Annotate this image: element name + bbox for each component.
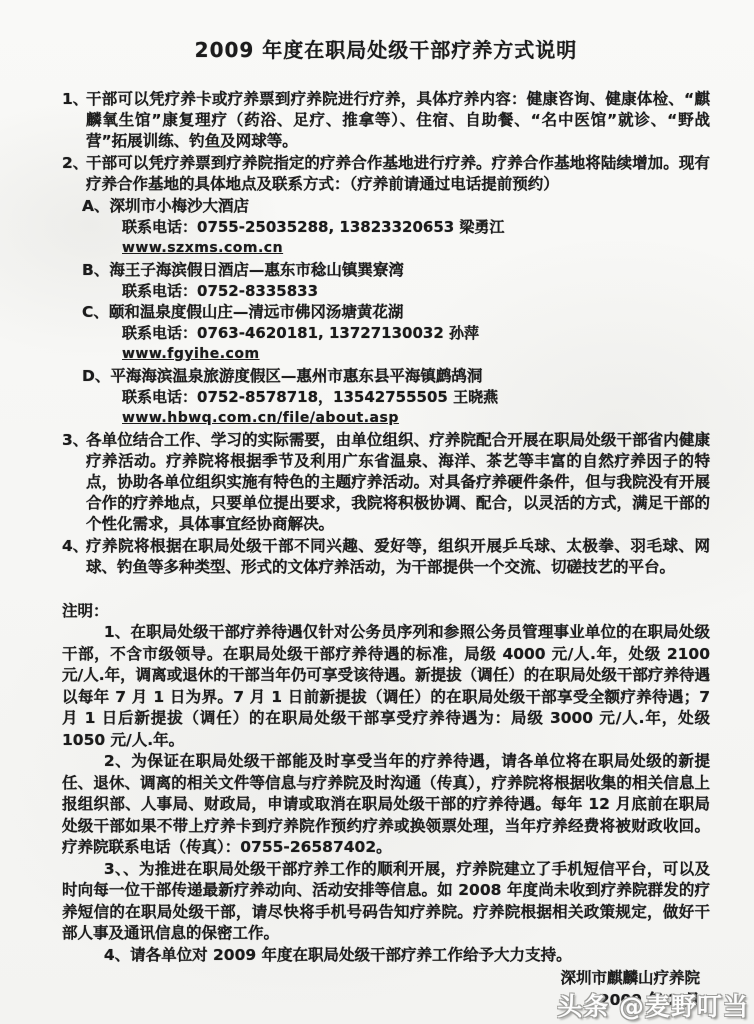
notes-heading: 注明： <box>62 600 710 622</box>
numbered-item-3: 3、 各单位结合工作、学习的实际需要，由单位组织、疗养院配合开展在职局处级干部省… <box>62 430 710 535</box>
numbered-item-1: 1、 干部可以凭疗养卡或疗养票到疗养院进行疗养，具体疗养内容：健康咨询、健康体检… <box>62 89 710 152</box>
cooperation-base-list: A、深圳市小梅沙大酒店 联系电话：0755-25035288, 13823320… <box>82 196 710 428</box>
item-text: 各单位结合工作、学习的实际需要，由单位组织、疗养院配合开展在职局处级干部省内健康… <box>86 431 710 533</box>
base-entry-d: D、平海海滨温泉旅游度假区—惠州市惠东县平海镇鹧鸪洞 联系电话：0752-857… <box>82 366 710 428</box>
note-paragraph-1: 1、在职局处级干部疗养待遇仅针对公务员序列和参照公务员管理事业单位的在职局处级干… <box>62 622 710 751</box>
base-url-link: www.szxms.com.cn <box>122 238 710 258</box>
page-title: 2009 年度在职局处级干部疗养方式说明 <box>62 34 710 63</box>
base-phone: 联系电话：0752-8578718，13542755505 王晓燕 <box>122 387 710 408</box>
numbered-item-2: 2、 干部可以凭疗养票到疗养院指定的疗养合作基地进行疗养。疗养合作基地将陆续增加… <box>62 153 710 195</box>
toutiao-watermark: 头条 @麦野叮当 <box>557 987 749 1023</box>
base-phone: 联系电话：0763-4620181, 13727130032 孙萍 <box>122 323 710 344</box>
base-entry-c: C、颐和温泉度假山庄—清远市佛冈汤塘黄花湖 联系电话：0763-4620181,… <box>82 302 710 364</box>
item-number: 1、 <box>62 89 88 110</box>
item-number: 3、 <box>62 430 88 451</box>
item-number: 4、 <box>62 536 88 557</box>
scanned-document-page: 2009 年度在职局处级干部疗养方式说明 1、 干部可以凭疗养卡或疗养票到疗养院… <box>0 0 754 1024</box>
note-paragraph-3: 3、、为推进在职局处级干部疗养工作的顺利开展，疗养院建立了手机短信平台，可以及时… <box>62 859 710 945</box>
item-text: 干部可以凭疗养卡或疗养票到疗养院进行疗养，具体疗养内容：健康咨询、健康体检、“麒… <box>86 90 710 150</box>
base-name: A、深圳市小梅沙大酒店 <box>82 196 710 217</box>
base-phone: 联系电话：0752-8335833 <box>122 281 710 302</box>
signature-organization: 深圳市麒麟山疗养院 <box>62 967 700 989</box>
document-content: 2009 年度在职局处级干部疗养方式说明 1、 干部可以凭疗养卡或疗养票到疗养院… <box>0 0 754 1011</box>
base-entry-b: B、海王子海滨假日酒店—惠东市稔山镇巽寮湾 联系电话：0752-8335833 <box>82 260 710 302</box>
note-paragraph-2: 2、为保证在职局处级干部能及时享受当年的疗养待遇，请各单位将在职局处级的新提任、… <box>62 751 710 859</box>
base-url-link: www.fgyihe.com <box>122 344 710 364</box>
item-number: 2、 <box>62 153 88 174</box>
base-phone: 联系电话：0755-25035288, 13823320653 梁勇江 <box>122 217 710 238</box>
numbered-item-4: 4、 疗养院将根据在职局处级干部不同兴趣、爱好等，组织开展乒乓球、太极拳、羽毛球… <box>62 536 710 578</box>
note-paragraph-4: 4、请各单位对 2009 年度在职局处级干部疗养工作给予大力支持。 <box>62 945 710 967</box>
item-text: 干部可以凭疗养票到疗养院指定的疗养合作基地进行疗养。疗养合作基地将陆续增加。现有… <box>86 154 710 193</box>
base-name: C、颐和温泉度假山庄—清远市佛冈汤塘黄花湖 <box>82 302 710 323</box>
base-url-link: www.hbwq.com.cn/file/about.asp <box>122 408 710 428</box>
base-name: D、平海海滨温泉旅游度假区—惠州市惠东县平海镇鹧鸪洞 <box>82 366 710 387</box>
notes-section: 注明： 1、在职局处级干部疗养待遇仅针对公务员序列和参照公务员管理事业单位的在职… <box>62 600 710 966</box>
item-text: 疗养院将根据在职局处级干部不同兴趣、爱好等，组织开展乒乓球、太极拳、羽毛球、网球… <box>86 537 710 576</box>
base-name: B、海王子海滨假日酒店—惠东市稔山镇巽寮湾 <box>82 260 710 281</box>
base-entry-a: A、深圳市小梅沙大酒店 联系电话：0755-25035288, 13823320… <box>82 196 710 258</box>
